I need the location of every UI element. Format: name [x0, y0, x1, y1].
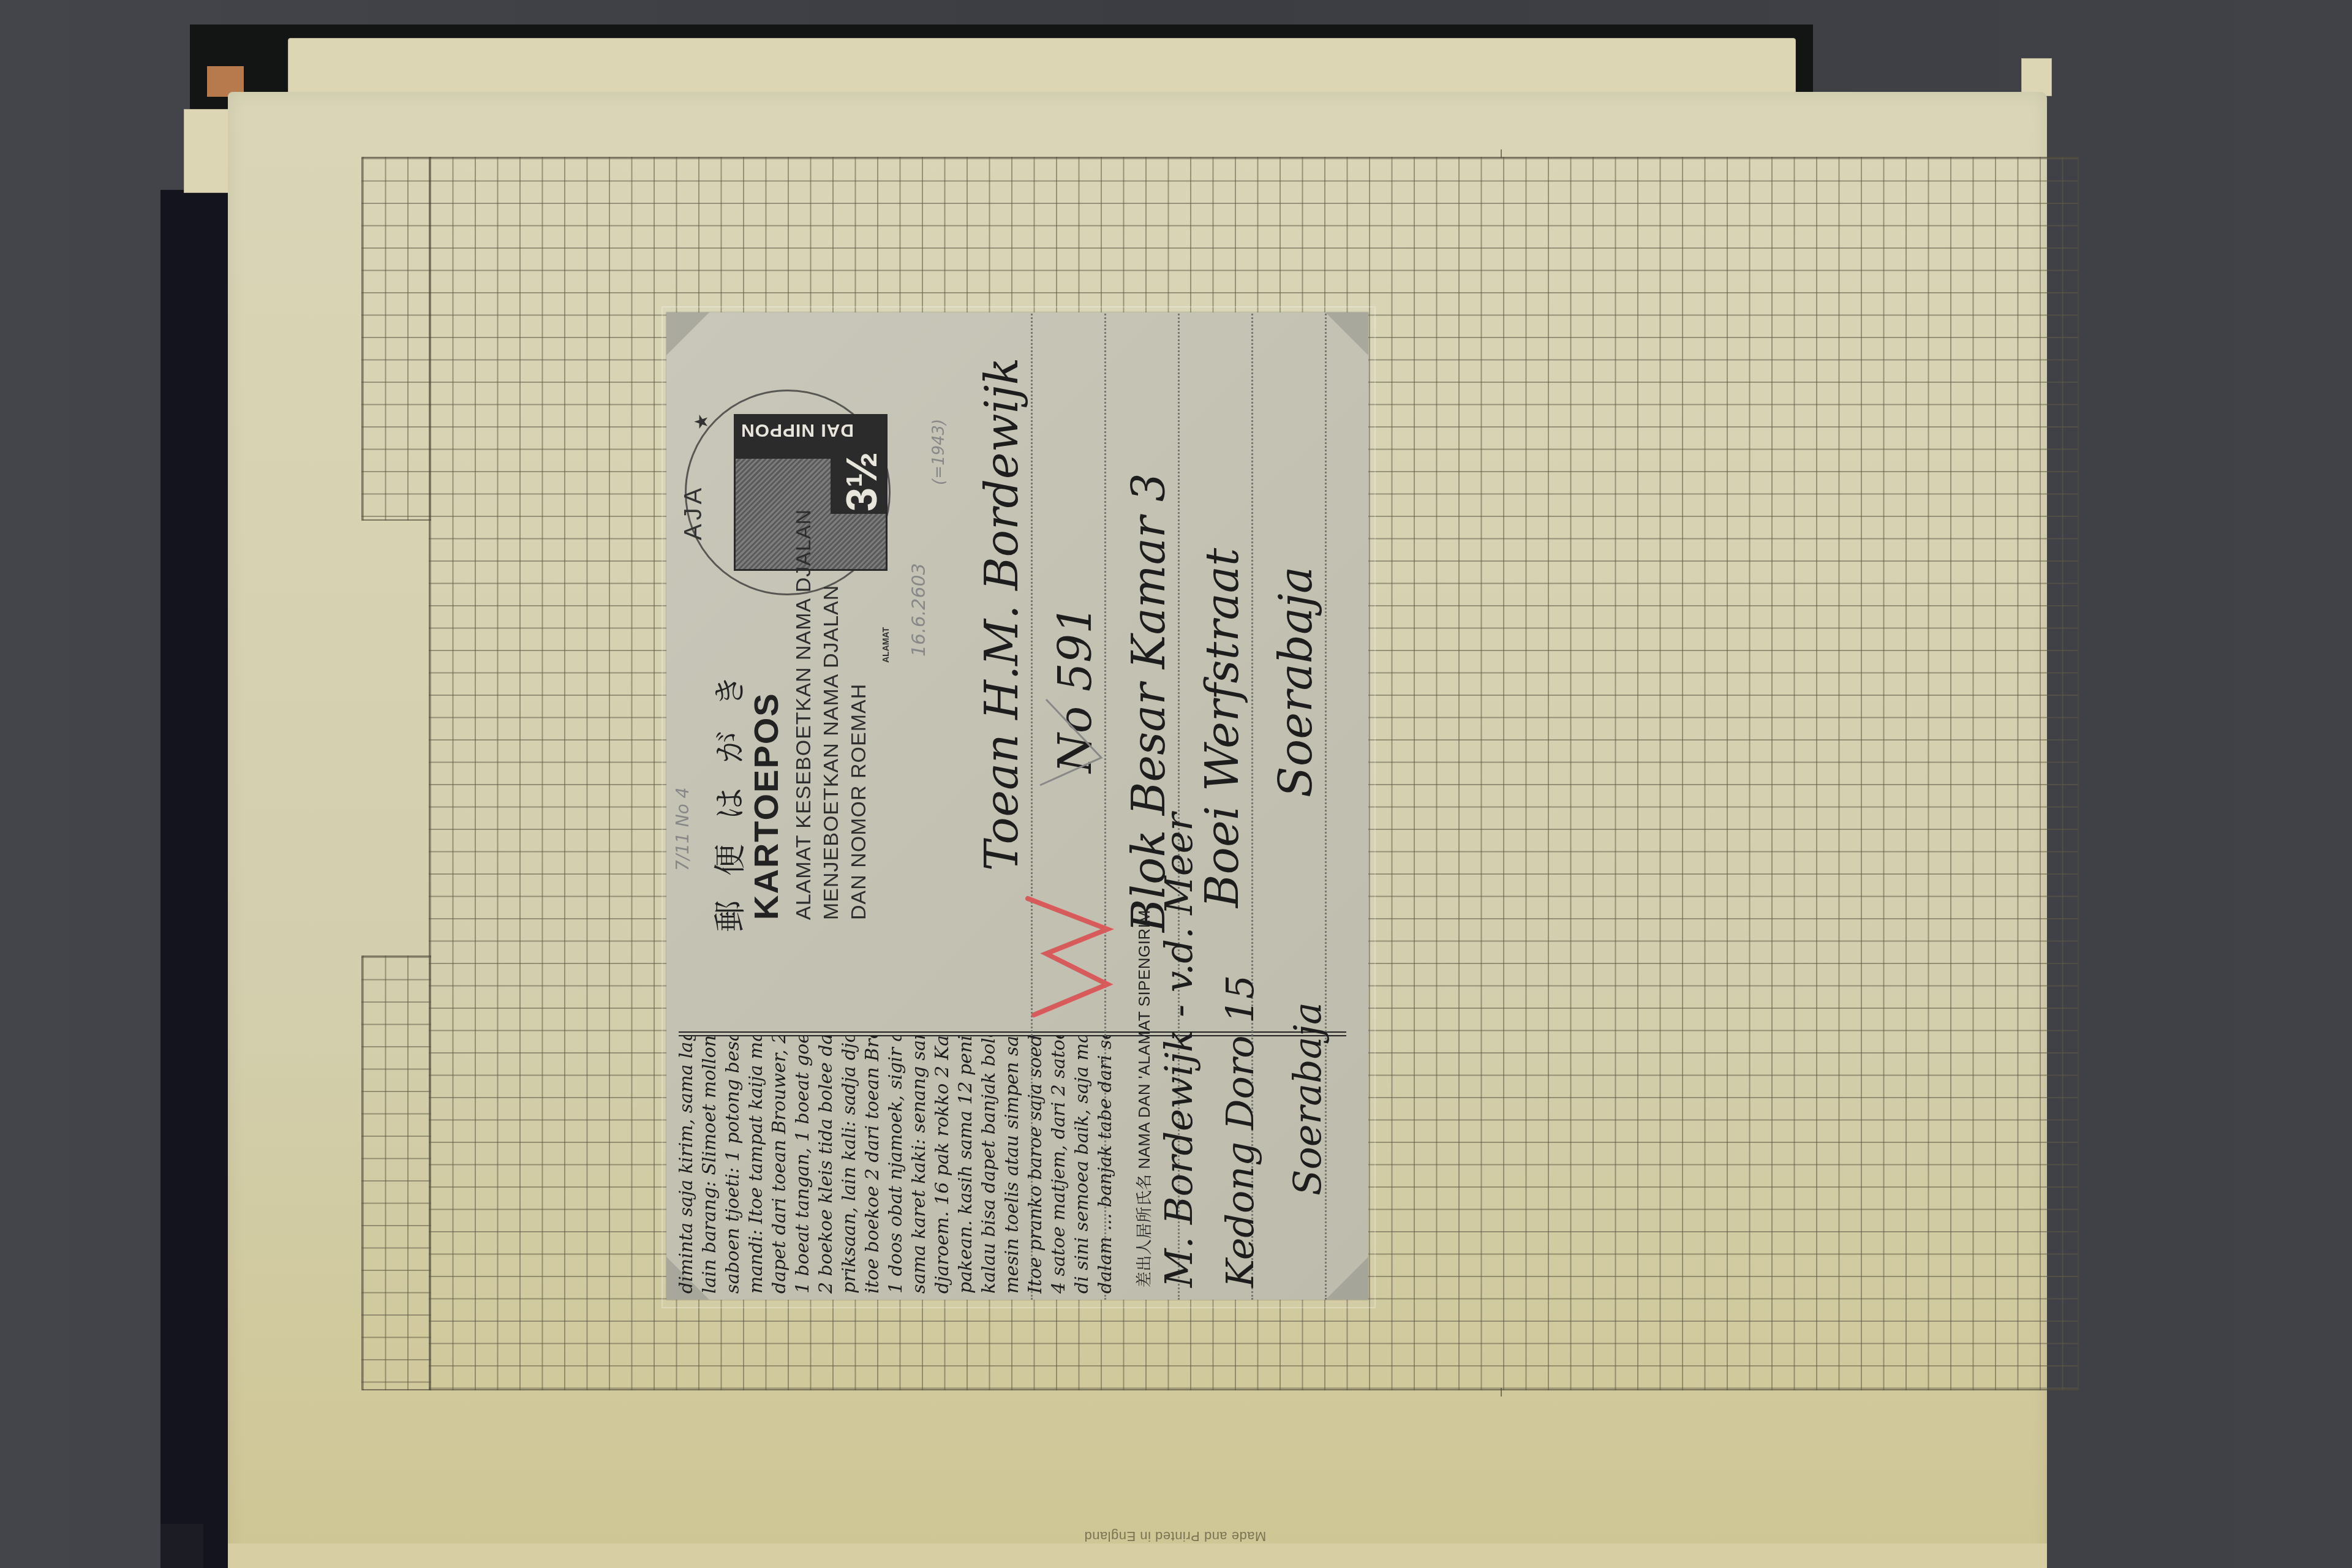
instruction-line-1: ALAMAT KESEBOETKAN NAMA DJALAN: [792, 509, 816, 920]
message-line: mesin toelis atau simpen sadja?: [1001, 1036, 1023, 1294]
postcard-title-japanese: 郵便はがき: [704, 650, 750, 932]
message-line: 1 boeat tangan, 1 boeat goeling,: [792, 1036, 813, 1294]
pencil-left-note: 7/11 No 4: [673, 787, 693, 871]
album-grid-top-left: [361, 157, 431, 521]
recipient-line-4: Boei Werfstraat: [1196, 548, 1249, 908]
sender-line-2: Kedong Doro 15: [1218, 975, 1262, 1287]
postcard: AJA ★ DAI NIPPON 3½ 郵便はがき KARTOEPOS ALAM…: [666, 312, 1368, 1300]
message-line: lain barang: Slimoet mollon, 5 potong: [699, 1036, 720, 1294]
page-leaf-stack-left: [184, 109, 234, 193]
message-line: 4 satoe matjem, dari 2 satoe matjem: [1048, 1036, 1069, 1294]
postcard-title: KARTOEPOS: [746, 692, 786, 920]
sender-label: 差出人居所氏名 NAMA DAN 'ALAMAT SIPENGIRIM: [1132, 910, 1155, 1287]
message-line: di sini semoea baik, saja makan: [1071, 1036, 1093, 1294]
pencil-date-note: (=1943): [930, 419, 948, 485]
spine-tape: [160, 1524, 203, 1568]
sender-label-text: NAMA DAN 'ALAMAT SIPENGIRIM: [1135, 910, 1153, 1169]
sender-line-3: Soerabaja: [1285, 1002, 1330, 1196]
message-line: mandi: Itoe tampat kaija mak: [745, 1036, 767, 1294]
postcard-face: AJA ★ DAI NIPPON 3½ 郵便はがき KARTOEPOS ALAM…: [666, 312, 1368, 1300]
grid-center-tick-top: [1501, 149, 1502, 158]
page-leaf-stack-right: [2021, 58, 2052, 96]
postmark-text: AJA: [680, 484, 707, 540]
grid-center-tick-bottom: [1501, 1388, 1502, 1396]
message-line: sama karet kaki: senang sama: [908, 1036, 930, 1294]
instruction-line-2: MENJEBOETKAN NAMA DJALAN: [820, 585, 843, 920]
alamat-label: ALAMAT: [881, 627, 891, 663]
message-line: pakean. kasih sama 12 penitie: [955, 1036, 976, 1294]
page-imprint: Made and Printed in England: [1084, 1528, 1266, 1544]
sender-line-1: M. Bordewijk - v.d. Meer: [1156, 813, 1201, 1287]
stamp-value: 3½: [840, 452, 883, 511]
album-grid-bottom-left: [361, 956, 431, 1390]
message-line: dalam ... banjak tabe dari semoea, Tel: [1095, 1036, 1116, 1294]
message-line: Itoe pranko baroe saja soeda beli: [1025, 1036, 1046, 1294]
pencil-check-mark: [1034, 693, 1114, 791]
message-line: dapet dari toean Brouwer, 2 ikat: [769, 1036, 790, 1294]
message-line: diminta saja kirim, sama lagi: [676, 1036, 697, 1294]
message-line: itoe boekoe 2 dari toean Brouwer: [862, 1036, 883, 1294]
message-line: kalau bisa dapet banjak bole djoewal: [978, 1036, 1000, 1294]
red-crayon-mark: [1022, 886, 1120, 1021]
recipient-line-1: Toean H.M. Bordewijk: [976, 358, 1028, 871]
instruction-line-3: DAN NOMOR ROEMAH: [847, 684, 871, 920]
message-line: saboen tjoeti: 1 potong besar saboen: [722, 1036, 744, 1294]
message-line: djaroem. 16 pak rokko 2 Kantongan: [932, 1036, 953, 1294]
recipient-line-5: Soerabaja: [1270, 567, 1322, 797]
album-page-foot: [228, 1543, 2047, 1568]
sender-label-japanese: 差出人居所氏名: [1135, 1174, 1153, 1287]
postmark-star-icon: ★: [691, 413, 712, 430]
message-line: priksaan, lain kali: sadja djoega: [839, 1036, 860, 1294]
message-block: diminta saja kirim, sama lagi lain baran…: [676, 1036, 1129, 1294]
message-line: 2 boekoe kleis tida bolee dari: [815, 1036, 837, 1294]
pencil-date: 16.6.2603: [908, 563, 930, 657]
message-line: 1 doos obat njamoek, sigir aloes doos: [885, 1036, 907, 1294]
stamp-country: DAI NIPPON: [741, 420, 854, 440]
album-cover-spine: [160, 190, 228, 1568]
